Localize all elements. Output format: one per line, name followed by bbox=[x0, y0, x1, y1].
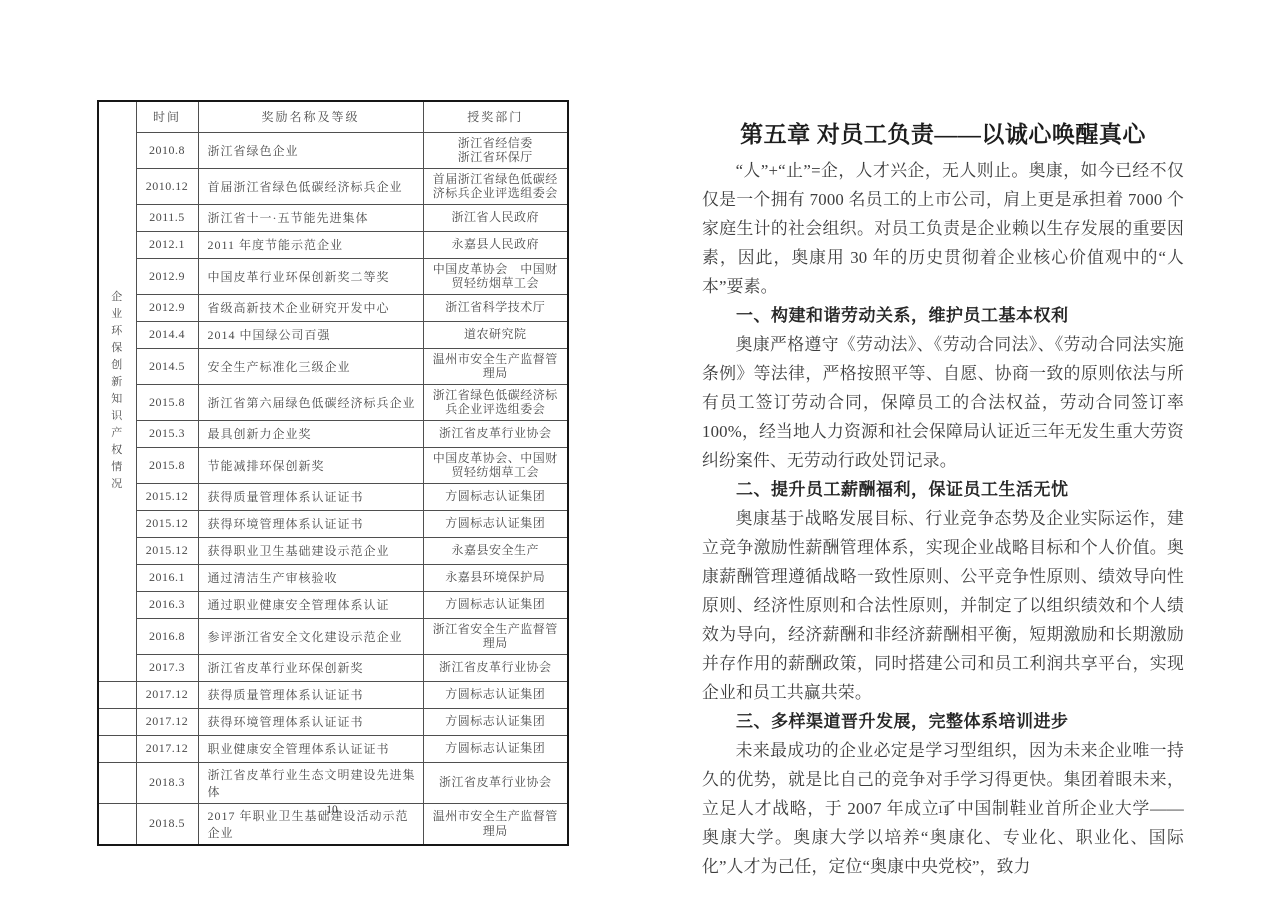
table-row: 2017.12获得环境管理体系认证证书方圆标志认证集团 bbox=[98, 708, 568, 735]
cell-time: 2016.1 bbox=[136, 564, 198, 591]
chapter-title: 第五章 对员工负责——以诚心唤醒真心 bbox=[702, 116, 1184, 149]
cell-award: 安全生产标准化三级企业 bbox=[198, 348, 423, 384]
side-label-empty-cell bbox=[98, 681, 136, 708]
cell-department: 浙江省安全生产监督管理局 bbox=[423, 618, 568, 654]
section-1-heading: 一、构建和谐劳动关系，维护员工基本权利 bbox=[702, 301, 1184, 330]
table-row: 2017.12职业健康安全管理体系认证证书方圆标志认证集团 bbox=[98, 735, 568, 762]
table-row: 2014.5安全生产标准化三级企业温州市安全生产监督管理局 bbox=[98, 348, 568, 384]
cell-department: 温州市安全生产监督管理局 bbox=[423, 348, 568, 384]
side-label-text: 企业环保创新知识产权情况 bbox=[106, 289, 128, 493]
cell-award: 获得质量管理体系认证证书 bbox=[198, 483, 423, 510]
cell-department: 方圆标志认证集团 bbox=[423, 735, 568, 762]
cell-time: 2012.9 bbox=[136, 294, 198, 321]
cell-department: 方圆标志认证集团 bbox=[423, 591, 568, 618]
cell-award: 浙江省绿色企业 bbox=[198, 132, 423, 168]
cell-award: 2011 年度节能示范企业 bbox=[198, 231, 423, 258]
table-row: 2015.12获得质量管理体系认证证书方圆标志认证集团 bbox=[98, 483, 568, 510]
cell-department: 浙江省皮革行业协会 bbox=[423, 654, 568, 681]
table-row: 2015.12获得环境管理体系认证证书方圆标志认证集团 bbox=[98, 510, 568, 537]
table-row: 2010.12首届浙江省绿色低碳经济标兵企业首届浙江省绿色低碳经济标兵企业评选组… bbox=[98, 168, 568, 204]
table-row: 2015.8节能减排环保创新奖中国皮革协会、中国财贸轻纺烟草工会 bbox=[98, 447, 568, 483]
cell-department: 方圆标志认证集团 bbox=[423, 708, 568, 735]
cell-department: 方圆标志认证集团 bbox=[423, 483, 568, 510]
cell-department: 浙江省经信委 浙江省环保厅 bbox=[423, 132, 568, 168]
cell-department: 中国皮革协会 中国财贸轻纺烟草工会 bbox=[423, 258, 568, 294]
section-2-paragraph: 奥康基于战略发展目标、行业竞争态势及企业实际运作，建立竞争激励性薪酬管理体系，实… bbox=[702, 504, 1184, 707]
cell-time: 2015.12 bbox=[136, 510, 198, 537]
cell-time: 2014.4 bbox=[136, 321, 198, 348]
section-1-paragraph: 奥康严格遵守《劳动法》、《劳动合同法》、《劳动合同法实施条例》等法律，严格按照平… bbox=[702, 330, 1184, 475]
awards-table: 企业环保创新知识产权情况时间奖励名称及等级授奖部门2010.8浙江省绿色企业浙江… bbox=[97, 100, 569, 846]
cell-award: 首届浙江省绿色低碳经济标兵企业 bbox=[198, 168, 423, 204]
cell-time: 2018.3 bbox=[136, 762, 198, 803]
cell-award: 职业健康安全管理体系认证证书 bbox=[198, 735, 423, 762]
table-row: 2018.3浙江省皮革行业生态文明建设先进集体浙江省皮革行业协会 bbox=[98, 762, 568, 803]
section-3-heading: 三、多样渠道晋升发展，完整体系培训进步 bbox=[702, 707, 1184, 736]
cell-time: 2012.9 bbox=[136, 258, 198, 294]
cell-time: 2014.5 bbox=[136, 348, 198, 384]
cell-time: 2016.8 bbox=[136, 618, 198, 654]
column-header: 授奖部门 bbox=[423, 101, 568, 132]
table-header-row: 企业环保创新知识产权情况时间奖励名称及等级授奖部门 bbox=[98, 101, 568, 132]
cell-time: 2010.12 bbox=[136, 168, 198, 204]
table-row: 2016.3通过职业健康安全管理体系认证方圆标志认证集团 bbox=[98, 591, 568, 618]
cell-time: 2017.3 bbox=[136, 654, 198, 681]
table-row: 2015.8浙江省第六届绿色低碳经济标兵企业浙江省绿色低碳经济标兵企业评选组委会 bbox=[98, 384, 568, 420]
cell-award: 通过职业健康安全管理体系认证 bbox=[198, 591, 423, 618]
table-row: 2015.12获得职业卫生基础建设示范企业永嘉县安全生产 bbox=[98, 537, 568, 564]
cell-department: 中国皮革协会、中国财贸轻纺烟草工会 bbox=[423, 447, 568, 483]
cell-time: 2012.1 bbox=[136, 231, 198, 258]
cell-department: 首届浙江省绿色低碳经济标兵企业评选组委会 bbox=[423, 168, 568, 204]
side-label-empty-cell bbox=[98, 708, 136, 735]
cell-department: 永嘉县环境保护局 bbox=[423, 564, 568, 591]
cell-award: 省级高新技术企业研究开发中心 bbox=[198, 294, 423, 321]
cell-award: 通过清洁生产审核验收 bbox=[198, 564, 423, 591]
section-2-heading: 二、提升员工薪酬福利，保证员工生活无忧 bbox=[702, 475, 1184, 504]
side-label-empty-cell bbox=[98, 735, 136, 762]
table-row: 2014.42014 中国绿公司百强道农研究院 bbox=[98, 321, 568, 348]
cell-award: 获得职业卫生基础建设示范企业 bbox=[198, 537, 423, 564]
intro-paragraph: “人”+“止”=企，人才兴企，无人则止。奥康，如今已经不仅仅是一个拥有 7000… bbox=[702, 156, 1184, 301]
right-page: 第五章 对员工负责——以诚心唤醒真心 “人”+“止”=企，人才兴企，无人则止。奥… bbox=[702, 116, 1184, 881]
cell-time: 2010.8 bbox=[136, 132, 198, 168]
left-page-number: 10 bbox=[97, 804, 567, 816]
cell-time: 2015.8 bbox=[136, 447, 198, 483]
column-header: 时间 bbox=[136, 101, 198, 132]
table-row: 2016.1通过清洁生产审核验收永嘉县环境保护局 bbox=[98, 564, 568, 591]
cell-award: 浙江省第六届绿色低碳经济标兵企业 bbox=[198, 384, 423, 420]
table-row: 2012.9中国皮革行业环保创新奖二等奖中国皮革协会 中国财贸轻纺烟草工会 bbox=[98, 258, 568, 294]
right-page-number: 11 bbox=[702, 804, 1184, 816]
cell-award: 2014 中国绿公司百强 bbox=[198, 321, 423, 348]
cell-department: 浙江省皮革行业协会 bbox=[423, 762, 568, 803]
cell-department: 方圆标志认证集团 bbox=[423, 510, 568, 537]
cell-award: 浙江省皮革行业生态文明建设先进集体 bbox=[198, 762, 423, 803]
left-page: 企业环保创新知识产权情况时间奖励名称及等级授奖部门2010.8浙江省绿色企业浙江… bbox=[97, 100, 567, 846]
cell-time: 2015.12 bbox=[136, 537, 198, 564]
book-spread: 企业环保创新知识产权情况时间奖励名称及等级授奖部门2010.8浙江省绿色企业浙江… bbox=[0, 0, 1280, 905]
cell-award: 浙江省十一·五节能先进集体 bbox=[198, 204, 423, 231]
cell-award: 浙江省皮革行业环保创新奖 bbox=[198, 654, 423, 681]
table-row: 2010.8浙江省绿色企业浙江省经信委 浙江省环保厅 bbox=[98, 132, 568, 168]
cell-department: 永嘉县安全生产 bbox=[423, 537, 568, 564]
cell-award: 节能减排环保创新奖 bbox=[198, 447, 423, 483]
cell-award: 获得环境管理体系认证证书 bbox=[198, 510, 423, 537]
cell-award: 获得环境管理体系认证证书 bbox=[198, 708, 423, 735]
cell-time: 2017.12 bbox=[136, 735, 198, 762]
cell-time: 2011.5 bbox=[136, 204, 198, 231]
cell-time: 2015.12 bbox=[136, 483, 198, 510]
table-row: 2017.3浙江省皮革行业环保创新奖浙江省皮革行业协会 bbox=[98, 654, 568, 681]
cell-time: 2015.3 bbox=[136, 420, 198, 447]
cell-department: 永嘉县人民政府 bbox=[423, 231, 568, 258]
cell-award: 中国皮革行业环保创新奖二等奖 bbox=[198, 258, 423, 294]
table-row: 2012.12011 年度节能示范企业永嘉县人民政府 bbox=[98, 231, 568, 258]
side-label-empty-cell bbox=[98, 762, 136, 803]
cell-department: 浙江省人民政府 bbox=[423, 204, 568, 231]
table-row: 2016.8参评浙江省安全文化建设示范企业浙江省安全生产监督管理局 bbox=[98, 618, 568, 654]
table-row: 2017.12获得质量管理体系认证证书方圆标志认证集团 bbox=[98, 681, 568, 708]
cell-time: 2017.12 bbox=[136, 681, 198, 708]
cell-award: 获得质量管理体系认证证书 bbox=[198, 681, 423, 708]
table-row: 2012.9省级高新技术企业研究开发中心浙江省科学技术厅 bbox=[98, 294, 568, 321]
table-row: 2015.3最具创新力企业奖浙江省皮革行业协会 bbox=[98, 420, 568, 447]
cell-department: 浙江省科学技术厅 bbox=[423, 294, 568, 321]
cell-time: 2015.8 bbox=[136, 384, 198, 420]
cell-award: 参评浙江省安全文化建设示范企业 bbox=[198, 618, 423, 654]
table-row: 2011.5浙江省十一·五节能先进集体浙江省人民政府 bbox=[98, 204, 568, 231]
cell-department: 浙江省绿色低碳经济标兵企业评选组委会 bbox=[423, 384, 568, 420]
cell-department: 方圆标志认证集团 bbox=[423, 681, 568, 708]
column-header: 奖励名称及等级 bbox=[198, 101, 423, 132]
cell-award: 最具创新力企业奖 bbox=[198, 420, 423, 447]
cell-department: 道农研究院 bbox=[423, 321, 568, 348]
cell-department: 浙江省皮革行业协会 bbox=[423, 420, 568, 447]
cell-time: 2016.3 bbox=[136, 591, 198, 618]
cell-time: 2017.12 bbox=[136, 708, 198, 735]
side-label-cell: 企业环保创新知识产权情况 bbox=[98, 101, 136, 681]
